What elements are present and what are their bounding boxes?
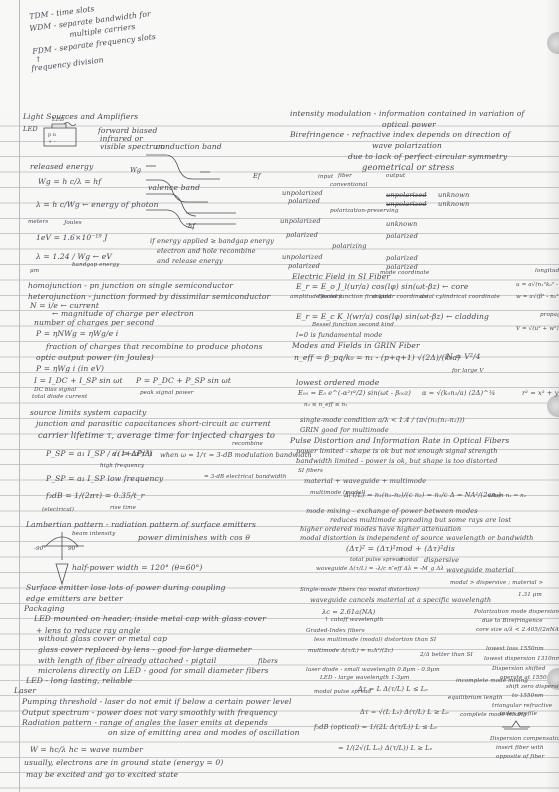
minus-90-label: -90°	[34, 546, 46, 553]
radiation-pattern: Radiation pattern - range of angles the …	[22, 718, 268, 727]
higher-modes-attenuation: higher ordered modes have higher attenua…	[300, 525, 461, 533]
to-1550: to 1550nm	[512, 693, 543, 700]
neff-range: n₂ ≤ n_eff ≤ n₁	[304, 402, 348, 409]
pol-row-4-input: polarized	[286, 231, 318, 239]
hf-label: hf	[188, 222, 195, 230]
pigtail: with length of fiber already attached - …	[38, 656, 216, 665]
intensity-modulation: intensity modulation - information conta…	[290, 109, 524, 118]
index-profile: index profile	[500, 711, 537, 718]
edge-emitters: edge emitters are better	[26, 594, 123, 603]
glass-replaced-lens: glass cover replaced by lens - good for …	[38, 645, 251, 654]
dispersion-shifted: Dispersion shifted	[492, 666, 545, 673]
less-modal-distortion: less multimode (modal) distortion than S…	[314, 637, 436, 644]
psp-low-eq: P_SP = a₁ I_SP low frequency	[46, 474, 163, 483]
lambertian-diagram	[40, 530, 90, 586]
without-glass-cover: without glass cover or metal cap	[38, 634, 167, 643]
output-spectrum: Output spectrum - power does not vary sm…	[22, 708, 277, 717]
pol-row-4-output: polarized	[386, 232, 418, 240]
packaging-heading: Packaging	[24, 604, 65, 613]
wg-equation: Wg = h c/λ = hf	[38, 177, 101, 186]
er-core-eq: E_r = E_o J_l(ur/a) cos(lφ) sin(ωt-βz) ←…	[296, 282, 469, 291]
triangular-profile-sketch	[502, 720, 532, 730]
r-squared-eq: r² = x² + y²	[522, 389, 559, 397]
led-label: LED	[23, 125, 38, 133]
pol-row-3-input: unpolarized	[280, 217, 321, 225]
ground-state: usually, electrons are in ground state (…	[24, 758, 223, 767]
side-longitudinal: longitudinal propagation	[535, 268, 559, 275]
si-field-heading: Electric Field in SI Fiber	[292, 272, 390, 281]
bandgap-label: bandgap energy	[72, 262, 119, 269]
f3db-eq: f₃dB = 1/(2πτ) = 0.35/t_r	[46, 491, 144, 500]
plus-90-label: 90°	[68, 546, 78, 553]
graded-index-heading: Graded-Index fibers	[306, 628, 365, 635]
ef-label: Ef	[253, 172, 260, 180]
e00-eq: E₀₀ = E₀ e^(-α²r²/2) sin(ωt - β₀₀z)	[298, 389, 411, 397]
delta-tau-long: Δτ = √(L Lₑ) Δ(τ/L) L ≥ Lₑ	[360, 708, 449, 716]
pulse-distortion-heading: Pulse Distortion and Information Rate in…	[290, 436, 509, 445]
triangular-profile: triangular refractive	[492, 703, 552, 710]
mode-mixing: mode mixing - exchange of power between …	[306, 507, 478, 515]
svg-text:+ -: + -	[48, 139, 56, 145]
pol-row-1-output: unknown	[438, 191, 469, 199]
recombine-fraction: fraction of charges that recombine to pr…	[46, 342, 263, 351]
modal-gt-dispersive: modal > dispersive ; material >	[450, 580, 543, 587]
geometrical-stress: geometrical or stress	[362, 163, 454, 172]
conventional-label: conventional	[330, 182, 368, 189]
margin-line	[19, 0, 20, 792]
dispersion-compensation: Dispersion compensation	[490, 736, 559, 743]
homojunction: homojunction - pn junction on single sem…	[28, 281, 233, 290]
f3db-optical-short: f₃dB (optical) = 1/(2L Δ(τ/L)) L ≤ Lₑ	[314, 723, 437, 731]
cutoff-eq: λc = 2.61a(NA)	[322, 608, 375, 616]
notebook-page: TDM - time slots WDM - separate bandwidt…	[0, 0, 559, 792]
led-wavelength: LED - large wavelength 1-3μm	[320, 675, 409, 682]
lambda-ev-equation: λ = 1.24 / Wg ← eV	[36, 252, 112, 261]
side-u-eq: u = a√(n₁²k₀² - β²)	[516, 282, 559, 289]
high-frequency-label: high frequency	[100, 463, 144, 470]
electrical-label: (electrical)	[42, 507, 74, 514]
side-w-eq: w = a√(β² - n₂²k₀²)	[516, 294, 559, 301]
maintaining-label: polarization-preserving	[330, 208, 399, 215]
optic-output-joules: optic output power (in Joules)	[36, 353, 154, 362]
um-label: μm	[30, 268, 39, 275]
when-n1-n2: when n₁ ≈ n₂	[488, 493, 526, 500]
emitting-area: on size of emitting area and modes of os…	[108, 728, 300, 737]
grin-multimode: GRIN good for multimode	[300, 426, 389, 434]
fibers-label: fibers	[258, 657, 278, 665]
total-diode-current: total diode current	[32, 394, 87, 401]
svg-text:p n: p n	[48, 132, 57, 138]
charges-per-second: number of charges per second	[34, 318, 154, 327]
dispersive-label: dispersive	[424, 556, 459, 564]
meters-label: meters	[28, 219, 48, 226]
beam-intensity-label: beam intensity	[72, 531, 115, 538]
lambertian-pattern: Lambertian pattern - radiation pattern o…	[26, 520, 256, 529]
optical-power: optical power	[382, 120, 436, 129]
si-fibers: SI fibers	[298, 468, 323, 475]
fiber-label: fiber	[338, 173, 352, 180]
heading-light-sources: Light Sources and Amplifiers	[23, 112, 138, 121]
led-mounted: LED mounted on header, inside metal cap …	[34, 614, 266, 623]
rise-time-label: rise time	[110, 505, 136, 512]
wave-polarization: wave polarization	[372, 141, 442, 150]
parasitic-capacitance: junction and parasitic capacitances shor…	[36, 419, 271, 428]
heterojunction: heterojunction - junction formed by diss…	[28, 292, 270, 301]
pol-row-2-input: polarized	[288, 197, 320, 205]
cutoff-label: ↑ cutoff wavelength	[324, 617, 383, 624]
gi-multimode-eq: multimode Δ(τ/L) = n₁Δ²/(2c)	[308, 648, 393, 655]
ev-equation: 1eV = 1.6×10⁻¹⁹ J	[36, 233, 107, 242]
electrical-bandwidth: = 3-dB electrical bandwidth	[204, 474, 286, 481]
wavelength-1310: 1.31 μm	[518, 592, 542, 599]
alpha-eq: α = √(k₀n₁/a) (2Δ)^¼	[422, 389, 495, 397]
half-power-width: half-power width = 120° (θ=60°)	[72, 563, 202, 572]
led-circuit-diagram: p n + -	[44, 121, 84, 151]
carrier-lifetime: carrier lifetime τ, average time for inj…	[38, 431, 275, 440]
laser-heading: Laser	[14, 686, 36, 695]
lowest-dispersion: lowest dispersion 1310nm	[484, 656, 559, 663]
power-diminishes: power diminishes with cos θ	[138, 533, 250, 542]
core-size-eq: core size a/λ < 2.405/(2πNA)	[476, 627, 559, 634]
output-label: output	[386, 173, 405, 180]
pol-row-5-input: unpolarized	[282, 253, 323, 261]
released-energy: released energy	[30, 162, 93, 171]
led-long-lasting: LED - long lasting, reliable	[26, 676, 132, 685]
input-label: input	[318, 174, 333, 181]
modal-label: modal	[400, 557, 418, 564]
power-eq: P = ηNWg = ηWg/e i	[36, 329, 118, 338]
er-cladding-eq: E_r = E_c K_l(wr/a) cos(lφ) sin(ωt-βz) ←…	[296, 312, 489, 321]
power-ev: P = ηWg i (in eV)	[36, 364, 104, 373]
pmd-label: Polarization mode dispersion	[474, 609, 559, 616]
bandwidth-limited: bandwidth limited - power is ok, but sha…	[296, 457, 498, 465]
axial-cylindrical: axial cylindrical coordinate	[420, 294, 500, 301]
modulation-bandwidth: when ω = 1/τ = 3-dB modulation bandwidth	[160, 451, 312, 459]
waveguide-material: waveguide material	[446, 566, 514, 574]
neff-eq: n_eff = β_pq/k₀ = n₁ - (p+q+1) √(2Δ)/(k₀…	[294, 353, 460, 362]
valence-band-label: valence band	[148, 183, 200, 192]
band-caption-3: and release energy	[157, 257, 223, 265]
total-pulse-spread: total pulse spread	[350, 557, 403, 564]
n-modes-eq: N = V²/4	[446, 352, 481, 361]
surface-emitter-loss: Surface emitter lose lots of power durin…	[26, 583, 226, 592]
side-v-eq: V = √(u² + w²)	[516, 326, 559, 333]
pol-row-3-output: unknown	[386, 220, 417, 228]
circular-symmetry: due to lack of perfect circular symmetry	[348, 152, 507, 161]
joules-label: Joules	[64, 220, 82, 227]
lowest-mode: lowest ordered mode	[296, 378, 379, 387]
insert-fiber: insert fiber with	[496, 745, 544, 752]
excited-state: may be excited and go to excited state	[26, 770, 178, 779]
wg-label: Wg	[130, 166, 141, 174]
total-spread-eq: (Δτ)² = (Δτ)²mod + (Δτ)²dis	[346, 544, 455, 553]
operate-1550: operate at 1550	[500, 675, 547, 682]
pumping-threshold: Pumping threshold - laser do not emit if…	[22, 697, 291, 706]
for-large-v: for large V	[452, 368, 484, 375]
delta-tau-short: Δτ = L Δ(τ/L) L ≤ Lₑ	[358, 685, 428, 693]
grin-heading: Modes and Fields in GRIN Fiber	[292, 341, 420, 350]
band-caption-1: if energy applied ≥ bandgap energy	[150, 237, 274, 245]
a1-eq: a₁ = ΔP/Δi	[112, 449, 153, 458]
single-mode-condition: single-mode condition a/λ < 1.4 / (π√(n₁…	[300, 416, 465, 424]
peak-signal-power: peak signal power	[140, 390, 194, 397]
band-caption-2: electron and hole recombine	[157, 247, 256, 255]
dc-bias-label: DC bias signal	[34, 387, 76, 394]
waveguide-eq: waveguide Δ(τ/L) = -λ/c n″eff Δλ = -M_g …	[316, 566, 444, 573]
side-propagation: propagation	[540, 312, 559, 319]
pol-row-2-strike: unpolarized	[386, 200, 427, 208]
f3db-optical-long: = 1/(2√(L Lₑ) Δ(τ/L)) L ≥ Lₑ	[338, 744, 432, 752]
recombine-label: recombine	[232, 441, 263, 448]
reduces-spreading: reduces multimode spreading but some ray…	[330, 516, 511, 524]
conduction-band-label: conduction band	[156, 142, 222, 151]
mode-coordinate: mode coordinate	[380, 270, 429, 277]
pol-row-2-output: unknown	[438, 200, 469, 208]
laser-diode-wavelength: laser diode - small wavelength 0.8μm - 0…	[306, 667, 440, 674]
material-waveguide-multimode: material + waveguide + multimode	[304, 477, 426, 485]
equilibrium-length: equilibrium length	[448, 695, 503, 702]
fundamental-mode: l=0 is fundamental mode	[296, 331, 382, 339]
power-signal-eq: P = P_DC + P_SP sin ωt	[136, 376, 231, 385]
led-diagram-label: LED	[52, 117, 65, 124]
pol-row-1-input: unpolarized	[282, 189, 323, 197]
shift-zero-dispersion: shift zero dispersion	[506, 684, 559, 691]
lowest-loss: lowest loss 1550nm	[486, 646, 544, 653]
power-limited: power limited - shape is ok but not enou…	[296, 447, 498, 455]
bessel-second-kind: Bessel function second kind	[312, 322, 394, 329]
diode-current-eq: I = I_DC + I_SP sin ωt	[34, 376, 123, 385]
due-birefringence: due to Birefringence	[482, 618, 543, 625]
better-than-si: 2/Δ better than SI	[420, 652, 473, 659]
microlens: microlens directly on LED - good for sma…	[38, 666, 269, 675]
modal-independent: modal distortion is independent of sourc…	[300, 534, 534, 542]
opposite-fiber: opposite of fiber	[496, 754, 544, 761]
pol-row-6-input: polarized	[288, 262, 320, 270]
single-mode-fibers: Single-mode fibers (no modal distortion)	[300, 587, 419, 594]
multimode-delta-eq: Δ(τ/L) = n₁(n₁-n₂)/(c n₂) = n₁/c Δ = NA²…	[344, 491, 501, 499]
source-limits: source limits system capacity	[30, 408, 146, 417]
pol-row-5-output: polarized	[386, 254, 418, 262]
polarizing-label: polarizing	[332, 242, 367, 250]
w-hc-lambda: W = hc/λ hc = wave number	[30, 745, 143, 754]
waveguide-cancels: waveguide cancels material at a specific…	[310, 596, 491, 604]
birefringence-def: Birefringence - refractive index depends…	[290, 130, 510, 139]
charge-magnitude: ← magnitude of charge per electron	[52, 309, 194, 318]
pol-row-1-strike: unpolarized	[386, 191, 427, 199]
